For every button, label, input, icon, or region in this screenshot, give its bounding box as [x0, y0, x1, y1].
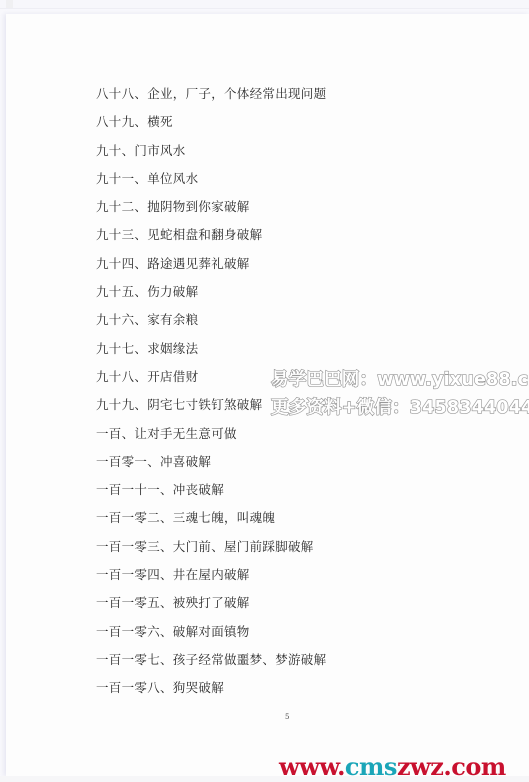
- toc-item: 九十四、路途遇见葬礼破解: [96, 254, 326, 282]
- toc-item: 一百一十一、冲丧破解: [96, 480, 326, 508]
- toc-item: 八十九、横死: [96, 112, 326, 140]
- toc-item: 一百一零四、井在屋内破解: [96, 565, 326, 593]
- toc-item: 九十六、家有余粮: [96, 310, 326, 338]
- viewer-top-bar: [0, 0, 529, 9]
- watermark-site: 易学巴巴网：www.yixue88.cn: [271, 366, 529, 391]
- toc-item: 一百一零六、破解对面镇物: [96, 622, 326, 650]
- toc-item: 一百一零八、狗哭破解: [96, 678, 326, 706]
- toc-item: 一百一零二、三魂七魄，叫魂魄: [96, 508, 326, 536]
- viewer-bottom-strip: [0, 776, 529, 782]
- toc-item: 一百一零三、大门前、屋门前踩脚破解: [96, 537, 326, 565]
- viewer-tab-stub: [6, 0, 13, 8]
- toc-item: 九十五、伤力破解: [96, 282, 326, 310]
- watermark-contact: 更多资料+微信：3458344044: [271, 394, 529, 419]
- toc-item: 九十二、抛阴物到你家破解: [96, 197, 326, 225]
- toc-item: 一百一零五、被殃打了破解: [96, 593, 326, 621]
- toc-item: 一百零一、冲喜破解: [96, 452, 326, 480]
- toc-item: 八十八、企业，厂子，个体经常出现问题: [96, 84, 326, 112]
- toc-item: 一百一零七、孩子经常做噩梦、梦游破解: [96, 650, 326, 678]
- page-number: 5: [285, 713, 289, 721]
- toc-item: 九十三、见蛇相盘和翻身破解: [96, 225, 326, 253]
- toc-item: 九十、门市风水: [96, 141, 326, 169]
- toc-item: 一百、让对手无生意可做: [96, 424, 326, 452]
- toc-item: 九十一、单位风水: [96, 169, 326, 197]
- toc-item: 九十七、求姻缘法: [96, 339, 326, 367]
